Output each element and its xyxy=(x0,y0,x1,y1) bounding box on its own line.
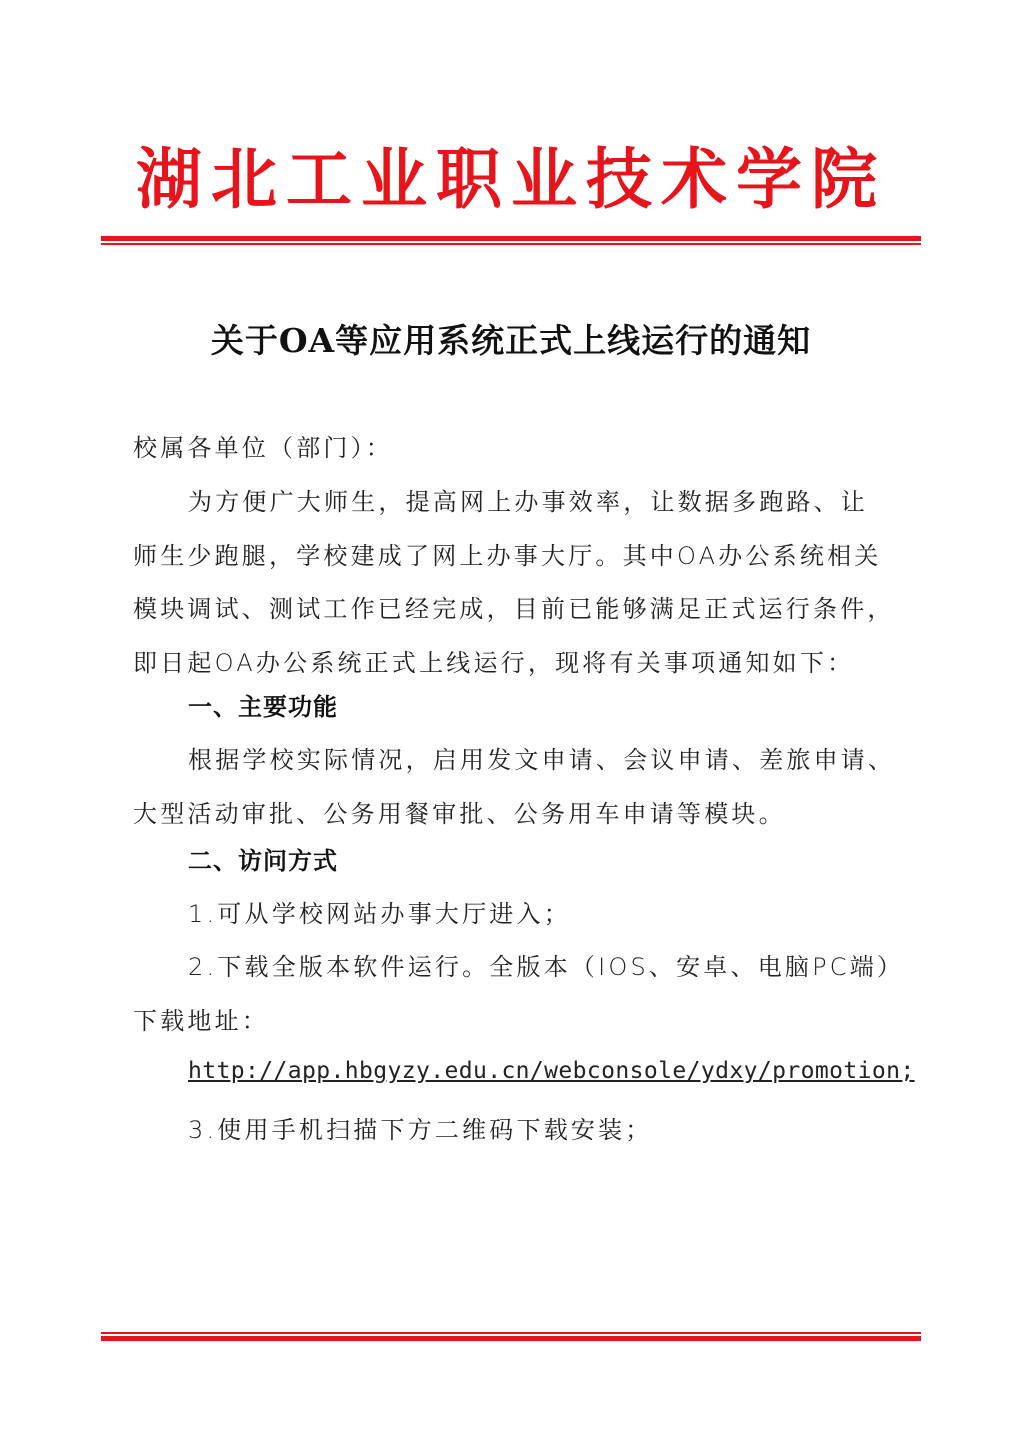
footer-divider-thick xyxy=(101,1336,921,1341)
header-divider-thick xyxy=(101,236,921,241)
access-item-1: 1.可从学校网站办事大厅进入； xyxy=(133,888,893,942)
section-body-functions: 根据学校实际情况，启用发文申请、会议申请、差旅申请、大型活动审批、公务用餐审批、… xyxy=(133,734,903,841)
salutation: 校属各单位（部门）： xyxy=(133,422,893,476)
access-item-2: 2.下载全版本软件运行。全版本（IOS、安卓、电脑PC端）下载地址： xyxy=(133,941,903,1048)
footer-divider-thin xyxy=(101,1332,921,1334)
download-url[interactable]: http://app.hbgyzy.edu.cn/webconsole/ydxy… xyxy=(188,1058,915,1084)
section-heading-functions: 一、主要功能 xyxy=(133,681,893,735)
header-divider-thin xyxy=(101,243,921,245)
download-link[interactable]: http://app.hbgyzy.edu.cn/webconsole/ydxy… xyxy=(188,1044,908,1099)
document-title: 关于OA等应用系统正式上线运行的通知 xyxy=(100,318,922,364)
masthead-institution-name: 湖北工业职业技术学院 xyxy=(100,130,922,230)
access-item-3: 3.使用手机扫描下方二维码下载安装； xyxy=(133,1104,893,1158)
section-heading-access: 二、访问方式 xyxy=(133,835,893,889)
intro-paragraph: 为方便广大师生，提高网上办事效率，让数据多跑路、让师生少跑腿，学校建成了网上办事… xyxy=(133,476,895,690)
